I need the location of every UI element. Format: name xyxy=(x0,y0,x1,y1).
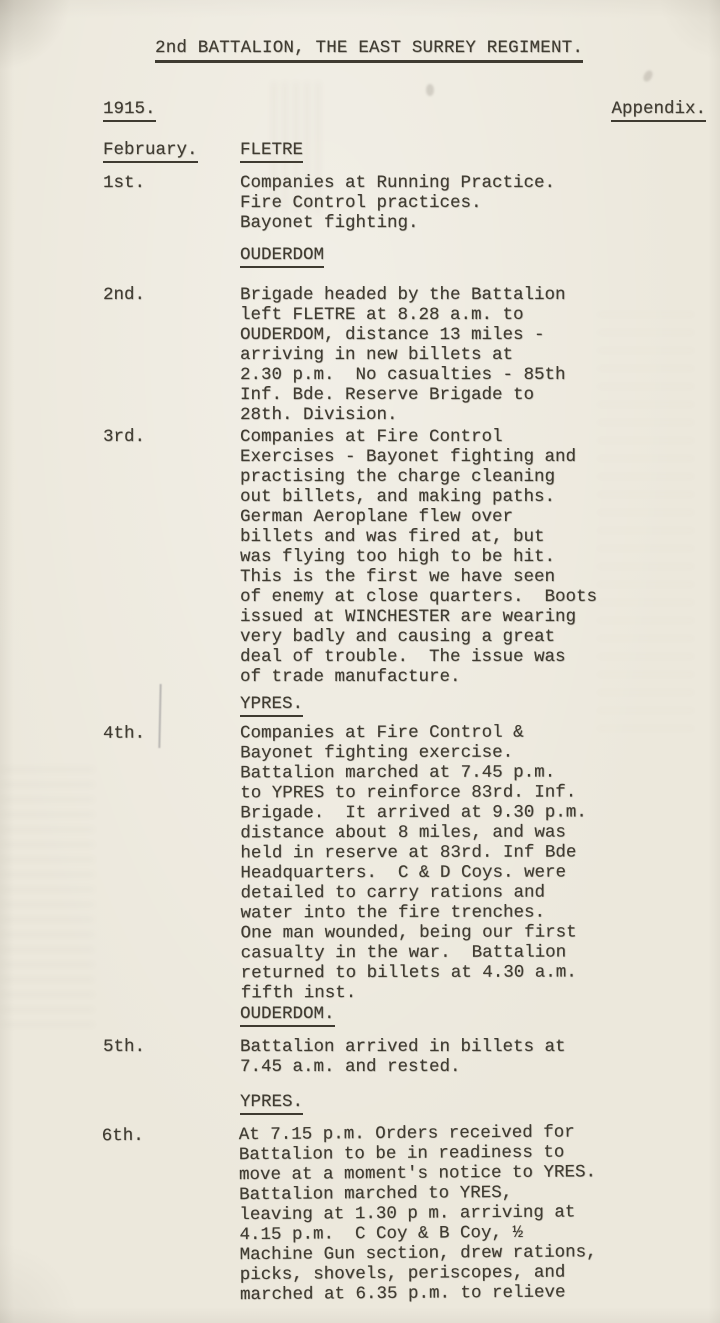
year-row: 1915. Appendix. xyxy=(103,99,706,122)
body-column: FLETRE xyxy=(240,140,720,160)
diary-body: 1st.Companies at Running Practice.Fire C… xyxy=(0,173,720,1307)
place-heading-row: OUDERDOM. xyxy=(0,1004,720,1024)
date-column: 1st. xyxy=(103,173,240,233)
entry-line: arriving in new billets at xyxy=(240,345,720,365)
body-column: Companies at Fire ControlExercises - Bay… xyxy=(240,427,720,687)
entry-line: This is the first we have seen xyxy=(240,567,720,587)
body-column: OUDERDOM. xyxy=(240,1004,720,1024)
entry-line: of trade manufacture. xyxy=(240,667,720,687)
place-heading: OUDERDOM. xyxy=(240,1004,335,1027)
ink-speck xyxy=(426,84,434,96)
entry-line: One man wounded, being our first xyxy=(241,922,720,943)
body-column: OUDERDOM xyxy=(240,245,720,265)
place-heading-row: OUDERDOM xyxy=(0,245,720,265)
entry-line: Bayonet fighting. xyxy=(240,213,720,233)
entry-line: Inf. Bde. Reserve Brigade to xyxy=(240,385,720,405)
entry-line: deal of trouble. The issue was xyxy=(240,647,720,667)
entry-line: Bayonet fighting exercise. xyxy=(240,742,720,763)
body-column: Companies at Fire Control &Bayonet fight… xyxy=(240,722,720,1003)
entry-line: marched at 6.35 p.m. to relieve xyxy=(240,1281,720,1305)
entry-line: Headquarters. C & D Coys. were xyxy=(240,862,720,883)
entry-line: distance about 8 miles, and was xyxy=(240,822,720,843)
entry-line: detailed to carry rations and xyxy=(240,882,720,903)
entry-line: issued at WINCHESTER are wearing xyxy=(240,607,720,627)
body-column: Brigade headed by the Battalionleft FLET… xyxy=(240,285,720,425)
date-column xyxy=(103,245,240,265)
entry-line: Brigade. It arrived at 9.30 p.m. xyxy=(240,802,720,823)
entry-line: returned to billets at 4.30 a.m. xyxy=(241,962,720,983)
entry-line: Companies at Fire Control xyxy=(240,427,720,447)
entry-line: 7.45 a.m. and rested. xyxy=(240,1057,720,1077)
month-label: February. xyxy=(103,140,198,163)
entry-line: Companies at Running Practice. xyxy=(240,173,720,193)
entry-line: fifth inst. xyxy=(241,982,720,1003)
place-heading-row: YPRES. xyxy=(0,1092,720,1112)
entry-line: left FLETRE at 8.28 a.m. to xyxy=(240,305,720,325)
entry-line: Brigade headed by the Battalion xyxy=(240,285,720,305)
entry-line: to YPRES to reinforce 83rd. Inf. xyxy=(240,782,720,803)
entry-date: 4th. xyxy=(103,724,145,744)
date-column xyxy=(103,1092,240,1112)
entry-date: 1st. xyxy=(103,173,145,193)
date-column: 6th. xyxy=(102,1125,240,1306)
entry-line: OUDERDOM, distance 13 miles - xyxy=(240,325,720,345)
month-heading-row: February. FLETRE xyxy=(0,140,720,160)
date-column: 3rd. xyxy=(103,427,240,687)
date-column xyxy=(103,1004,240,1024)
entry-date: 5th. xyxy=(103,1037,145,1057)
entry-line: out billets, and making paths. xyxy=(240,487,720,507)
title-row: 2nd BATTALION, THE EAST SURREY REGIMENT. xyxy=(155,38,720,63)
entry-line: water into the fire trenches. xyxy=(240,902,720,923)
body-column: YPRES. xyxy=(240,694,720,714)
date-column xyxy=(103,694,240,714)
place-heading-fletre: FLETRE xyxy=(240,140,303,163)
entry-date: 6th. xyxy=(102,1126,144,1146)
diary-entry-1st: 1st.Companies at Running Practice.Fire C… xyxy=(0,173,720,233)
date-column: 2nd. xyxy=(103,285,240,425)
entry-date: 3rd. xyxy=(103,427,145,447)
diary-entry-2nd: 2nd.Brigade headed by the Battalionleft … xyxy=(0,285,720,425)
place-heading-row: YPRES. xyxy=(0,694,720,714)
place-heading: YPRES. xyxy=(240,1092,303,1115)
diary-entry-3rd: 3rd.Companies at Fire ControlExercises -… xyxy=(0,427,720,687)
entry-line: Companies at Fire Control & xyxy=(240,722,720,743)
body-column: Companies at Running Practice.Fire Contr… xyxy=(240,173,720,233)
appendix-label: Appendix. xyxy=(611,99,706,122)
entry-line: held in reserve at 83rd. Inf Bde xyxy=(240,842,720,863)
entry-line: practising the charge cleaning xyxy=(240,467,720,487)
date-column: February. xyxy=(103,140,240,160)
entry-line: casualty in the war. Battalion xyxy=(241,942,720,963)
diary-entry-6th: 6th.At 7.15 p.m. Orders received forBatt… xyxy=(0,1121,720,1307)
page-title: 2nd BATTALION, THE EAST SURREY REGIMENT. xyxy=(155,38,583,63)
entry-line: Exercises - Bayonet fighting and xyxy=(240,447,720,467)
year-label: 1915. xyxy=(103,99,156,122)
body-column: YPRES. xyxy=(240,1092,720,1112)
ink-speck xyxy=(642,69,655,83)
date-column: 4th. xyxy=(103,723,241,1003)
place-heading: OUDERDOM xyxy=(240,245,324,268)
entry-line: 2.30 p.m. No casualties - 85th xyxy=(240,365,720,385)
entry-line: billets and was fired at, but xyxy=(240,527,720,547)
body-column: At 7.15 p.m. Orders received forBattalio… xyxy=(239,1121,720,1305)
entry-line: German Aeroplane flew over xyxy=(240,507,720,527)
document-page: 2nd BATTALION, THE EAST SURREY REGIMENT.… xyxy=(0,0,720,1323)
place-heading: YPRES. xyxy=(240,694,303,717)
entry-date: 2nd. xyxy=(103,285,145,305)
body-column: Battalion arrived in billets at7.45 a.m.… xyxy=(240,1037,720,1077)
entry-line: was flying too high to be hit. xyxy=(240,547,720,567)
diary-entry-4th: 4th.Companies at Fire Control &Bayonet f… xyxy=(0,722,720,1004)
entry-line: Battalion arrived in billets at xyxy=(240,1037,720,1057)
entry-line: of enemy at close quarters. Boots xyxy=(240,587,720,607)
entry-line: Battalion marched at 7.45 p.m. xyxy=(240,762,720,783)
date-column: 5th. xyxy=(103,1037,240,1077)
entry-line: 28th. Division. xyxy=(240,405,720,425)
entry-line: very badly and causing a great xyxy=(240,627,720,647)
diary-entry-5th: 5th.Battalion arrived in billets at7.45 … xyxy=(0,1037,720,1077)
entry-line: Fire Control practices. xyxy=(240,193,720,213)
